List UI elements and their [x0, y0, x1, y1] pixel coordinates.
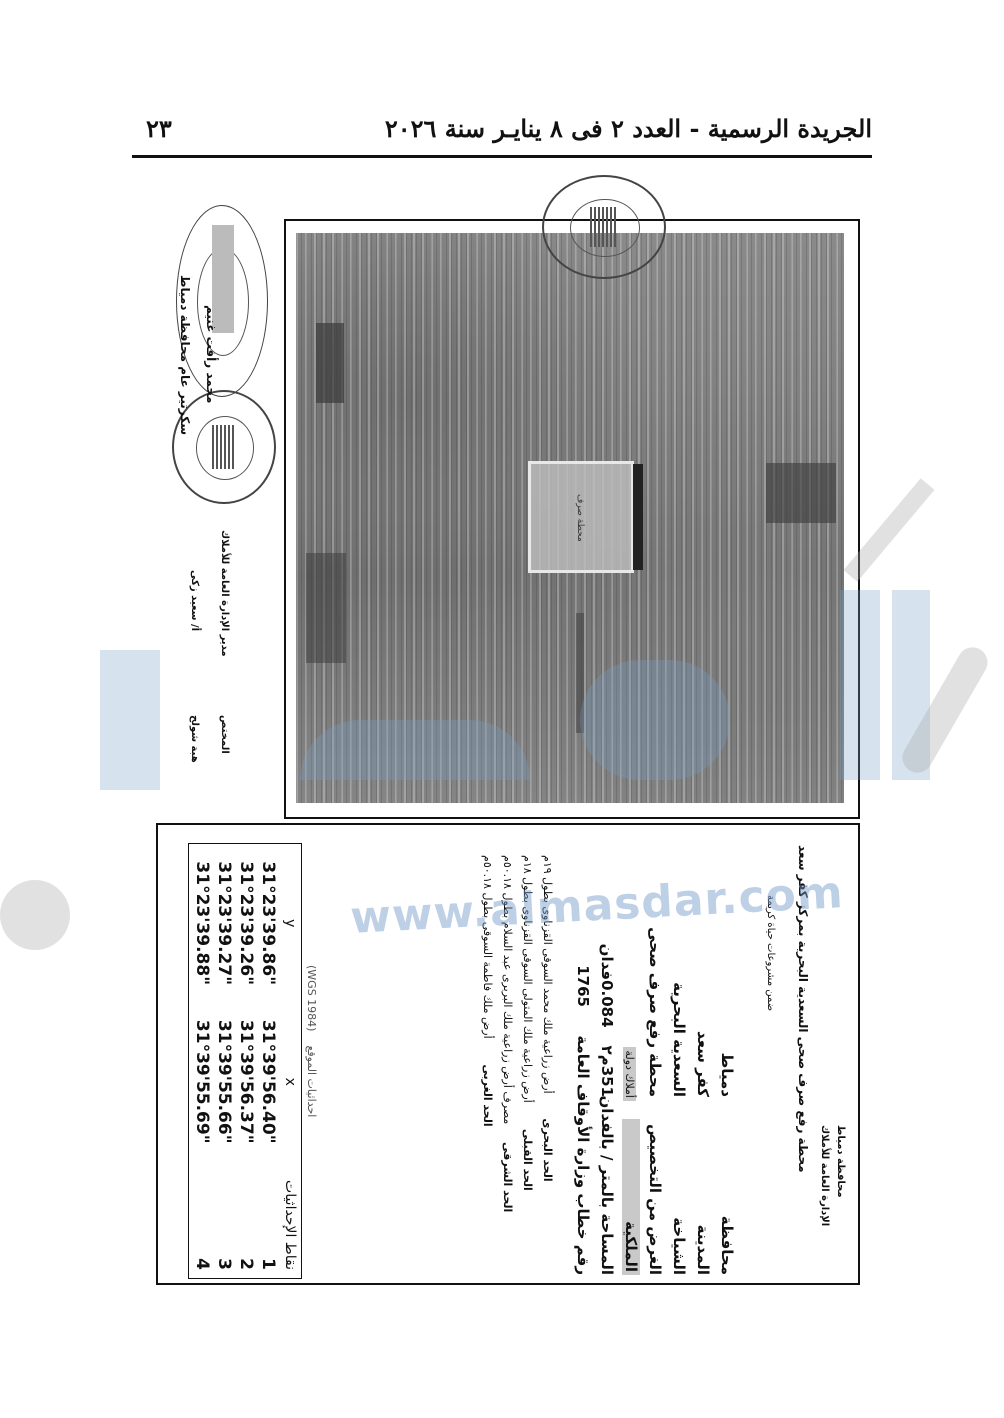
director-title: مدير الإدارة العامة للأملاك — [219, 530, 230, 657]
coord-header-row: نقاط الإحداثيات x y — [279, 844, 301, 1278]
header-divider — [132, 155, 872, 158]
coord-row: 3 31°39'55.66" 31°23'39.27" — [213, 844, 235, 1278]
watermark-shape — [840, 590, 880, 780]
coord-row: 4 31°39'55.69" 31°23'39.88" — [191, 844, 213, 1278]
watermark-gray-stroke — [0, 880, 70, 950]
watermark-shape — [300, 720, 530, 780]
coordinates-caption: احداثيات الموقع (WGS 1984) — [305, 965, 318, 1117]
director-name: أ/ سعيد زكى — [189, 570, 200, 631]
specialist-title: المختص — [219, 715, 230, 754]
aerial-site-image: محطة صرف — [296, 233, 844, 803]
plot-label: محطة صرف — [575, 494, 585, 542]
watermark-shape — [100, 650, 160, 790]
official-stamp-top — [542, 175, 666, 279]
coord-row: 1 31°39'56.40" 31°23'39.86" — [257, 844, 279, 1278]
site-plot-outline: محطة صرف — [528, 461, 634, 573]
coord-row: 2 31°39'56.37" 31°23'39.26" — [235, 844, 257, 1278]
governorate-line: محافظة دمياط — [835, 1125, 846, 1198]
page-header: الجريدة الرسمية - العدد ٢ فى ٨ ينايـر سن… — [132, 110, 872, 150]
secretary-name: محمد رأفت غنيم — [204, 305, 218, 403]
page-number: ٢٣ — [146, 114, 172, 143]
watermark-shape — [580, 660, 730, 780]
secretary-title: سكرتير عام محافظة دمياط — [178, 275, 192, 435]
specialist-name: هبة شولح — [189, 715, 200, 763]
gazette-title: الجريدة الرسمية - العدد ٢ فى ٨ ينايـر سن… — [385, 114, 872, 143]
department-line: الإدارة العامة للأملاك — [819, 1125, 830, 1226]
coordinates-table: نقاط الإحداثيات x y 1 31°39'56.40" 31°23… — [188, 843, 302, 1279]
